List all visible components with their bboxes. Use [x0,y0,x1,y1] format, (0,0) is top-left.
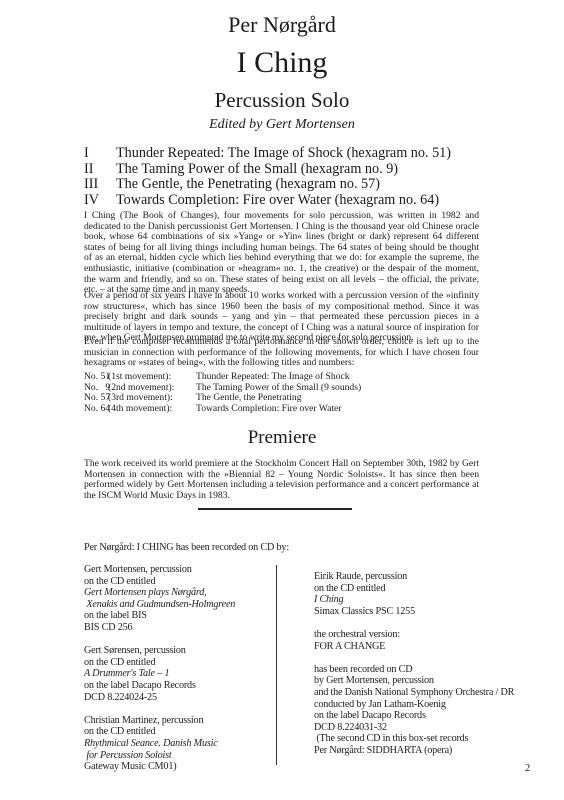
hexagram-movement: (1st movement): [108,372,196,383]
recording-line: for Percussion Soloist [84,750,269,762]
recording-line: BIS CD 256 [84,622,269,634]
recording-entry: the orchestral version:FOR A CHANGE [314,629,554,652]
recording-line: Gert Sørensen, percussion [84,645,269,657]
movement-numeral: I [84,146,116,162]
movement-title: The Taming Power of the Small (hexagram … [116,162,398,178]
recording-line: Gert Mortensen, percussion [84,564,269,576]
hexagram-number: No. 51 [84,372,108,383]
movement-title: The Gentle, the Penetrating (hexagram no… [116,177,380,193]
column-divider [276,565,277,765]
recording-entry: Eirik Raude, percussionon the CD entitle… [314,571,554,617]
page-number: 2 [525,763,530,774]
composer-name: Per Nørgård [0,12,564,38]
work-title: I Ching [0,46,564,80]
recordings-intro: Per Nørgård: I CHING has been recorded o… [84,542,289,554]
recording-entry: Christian Martinez, percussionon the CD … [84,715,269,773]
movement-title: Thunder Repeated: The Image of Shock (he… [116,146,451,162]
recording-line: Xenakis and Gudmundsen-Holmgreen [84,599,269,611]
intro-paragraph: Even if the composer recommends a total … [84,337,479,369]
recording-line: FOR A CHANGE [314,641,554,653]
recordings-right-column: Eirik Raude, percussionon the CD entitle… [314,571,554,768]
hexagram-item: No. 51 (1st movement): Thunder Repeated:… [84,372,361,383]
recording-entry: Gert Mortensen, percussionon the CD enti… [84,564,269,634]
section-divider-rule [198,508,352,510]
recording-line: on the CD entitled [84,576,269,588]
movement-item: I Thunder Repeated: The Image of Shock (… [84,146,451,162]
recording-line: conducted by Jan Latham-Koenig [314,699,554,711]
movement-numeral: II [84,162,116,178]
recording-line: on the label Dacapo Records [84,680,269,692]
movement-title: Towards Completion: Fire over Water (hex… [116,193,439,209]
recording-line: on the CD entitled [84,726,269,738]
premiere-paragraph: The work received its world premiere at … [84,459,479,501]
recording-line: DCD 8.224031-32 [314,722,554,734]
premiere-heading: Premiere [0,427,564,449]
movement-item: III The Gentle, the Penetrating (hexagra… [84,177,451,193]
recording-line: DCD 8.224024-25 [84,692,269,704]
movement-numeral: III [84,177,116,193]
movement-list: I Thunder Repeated: The Image of Shock (… [84,146,451,208]
recording-line: the orchestral version: [314,629,554,641]
recording-line: on the label BIS [84,610,269,622]
recording-line: Eirik Raude, percussion [314,571,554,583]
movement-item: II The Taming Power of the Small (hexagr… [84,162,451,178]
recording-line: I Ching [314,594,554,606]
hexagram-title: Thunder Repeated: The Image of Shock [196,372,350,383]
recordings-left-column: Gert Mortensen, percussionon the CD enti… [84,564,269,784]
recording-line: (The second CD in this box-set records [314,733,554,745]
recording-line: Christian Martinez, percussion [84,715,269,727]
recording-entry: has been recorded on CDby Gert Mortensen… [314,664,554,757]
recording-line: A Drummer's Tale – 1 [84,668,269,680]
recording-line: Gateway Music CM01) [84,761,269,773]
recording-line: and the Danish National Symphony Orchest… [314,687,554,699]
recording-line: Simax Classics PSC 1255 [314,606,554,618]
hexagram-movement: (4th movement): [108,404,196,415]
recording-line: Rhythmical Seance. Danish Music [84,738,269,750]
editor-credit: Edited by Gert Mortensen [0,117,564,133]
recording-line: on the CD entitled [84,657,269,669]
recording-entry: Gert Sørensen, percussionon the CD entit… [84,645,269,703]
hexagram-list: No. 51 (1st movement): Thunder Repeated:… [84,372,361,414]
work-subtitle: Percussion Solo [0,88,564,113]
recording-line: by Gert Mortensen, percussion [314,675,554,687]
intro-paragraph: I Ching (The Book of Changes), four move… [84,211,479,296]
recording-line: on the CD entitled [314,583,554,595]
movement-numeral: IV [84,193,116,209]
hexagram-item: No. 64 (4th movement): Towards Completio… [84,404,361,415]
hexagram-title: Towards Completion: Fire over Water [196,404,341,415]
recording-line: Gert Mortensen plays Nørgård, [84,587,269,599]
recording-line: has been recorded on CD [314,664,554,676]
recording-line: on the label Dacapo Records [314,710,554,722]
movement-item: IV Towards Completion: Fire over Water (… [84,193,451,209]
hexagram-number: No. 64 [84,404,108,415]
recording-line: Per Nørgård: SIDDHARTA (opera) [314,745,554,757]
